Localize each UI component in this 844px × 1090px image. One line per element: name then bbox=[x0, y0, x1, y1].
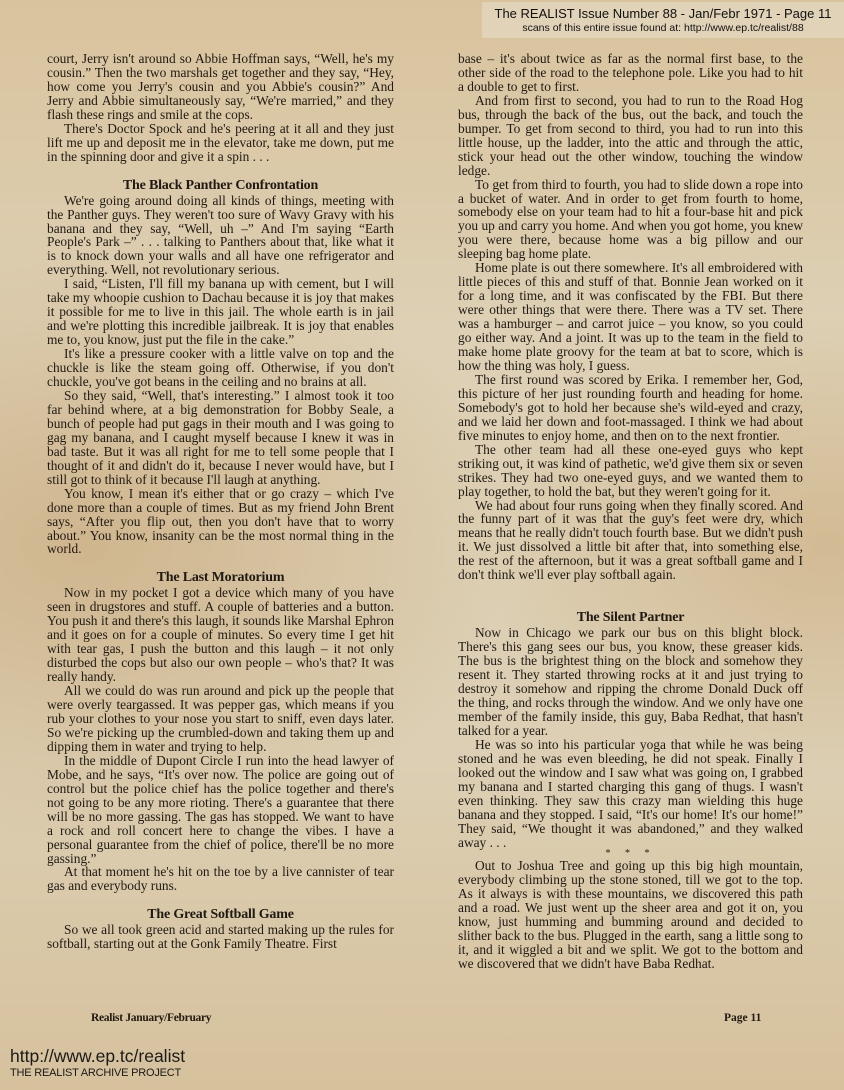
paragraph: The other team had all these one-eyed gu… bbox=[458, 443, 803, 499]
paragraph: base – it's about twice as far as the no… bbox=[458, 52, 803, 94]
stamp-subtitle: scans of this entire issue found at: htt… bbox=[482, 22, 844, 35]
paragraph: You know, I mean it's either that or go … bbox=[47, 487, 394, 557]
paragraph: I said, “Listen, I'll fill my banana up … bbox=[47, 277, 394, 347]
paragraph: Now in my pocket I got a device which ma… bbox=[47, 586, 394, 684]
paragraph: All we could do was run around and pick … bbox=[47, 684, 394, 754]
paragraph: We had about four runs going when they f… bbox=[458, 499, 803, 583]
paragraph: There's Doctor Spock and he's peering at… bbox=[47, 122, 394, 164]
paragraph: At that moment he's hit on the toe by a … bbox=[47, 865, 394, 893]
right-column: base – it's about twice as far as the no… bbox=[458, 52, 803, 971]
section-heading-black-panther: The Black Panther Confrontation bbox=[47, 178, 394, 194]
paragraph: It's like a pressure cooker with a littl… bbox=[47, 347, 394, 389]
archive-url: http://www.ep.tc/realist bbox=[10, 1046, 185, 1066]
paragraph: Home plate is out there somewhere. It's … bbox=[458, 261, 803, 373]
footer-publication: Realist January/February bbox=[91, 1012, 211, 1024]
paragraph: The first round was scored by Erika. I r… bbox=[458, 373, 803, 443]
paragraph: To get from third to fourth, you had to … bbox=[458, 178, 803, 262]
section-heading-silent-partner: The Silent Partner bbox=[458, 610, 803, 626]
paragraph: So we all took green acid and started ma… bbox=[47, 923, 394, 951]
archive-watermark: http://www.ep.tc/realist THE REALIST ARC… bbox=[10, 1046, 185, 1080]
footer-page-number: Page 11 bbox=[724, 1012, 761, 1024]
paragraph: In the middle of Dupont Circle I run int… bbox=[47, 754, 394, 866]
paragraph: Now in Chicago we park our bus on this b… bbox=[458, 626, 803, 738]
archive-project-name: THE REALIST ARCHIVE PROJECT bbox=[10, 1066, 185, 1080]
paragraph: He was so into his particular yoga that … bbox=[458, 738, 803, 850]
paragraph: So they said, “Well, that's interesting.… bbox=[47, 389, 394, 487]
paragraph: We're going around doing all kinds of th… bbox=[47, 194, 394, 278]
paragraph: And from first to second, you had to run… bbox=[458, 94, 803, 178]
left-column: court, Jerry isn't around so Abbie Hoffm… bbox=[47, 52, 394, 951]
paragraph: Out to Joshua Tree and going up this big… bbox=[458, 859, 803, 971]
header-stamp: The REALIST Issue Number 88 - Jan/Febr 1… bbox=[482, 2, 844, 38]
paragraph: court, Jerry isn't around so Abbie Hoffm… bbox=[47, 52, 394, 122]
stamp-title: The REALIST Issue Number 88 - Jan/Febr 1… bbox=[482, 2, 844, 22]
section-heading-last-moratorium: The Last Moratorium bbox=[47, 570, 394, 586]
section-heading-great-softball-game: The Great Softball Game bbox=[47, 907, 394, 923]
